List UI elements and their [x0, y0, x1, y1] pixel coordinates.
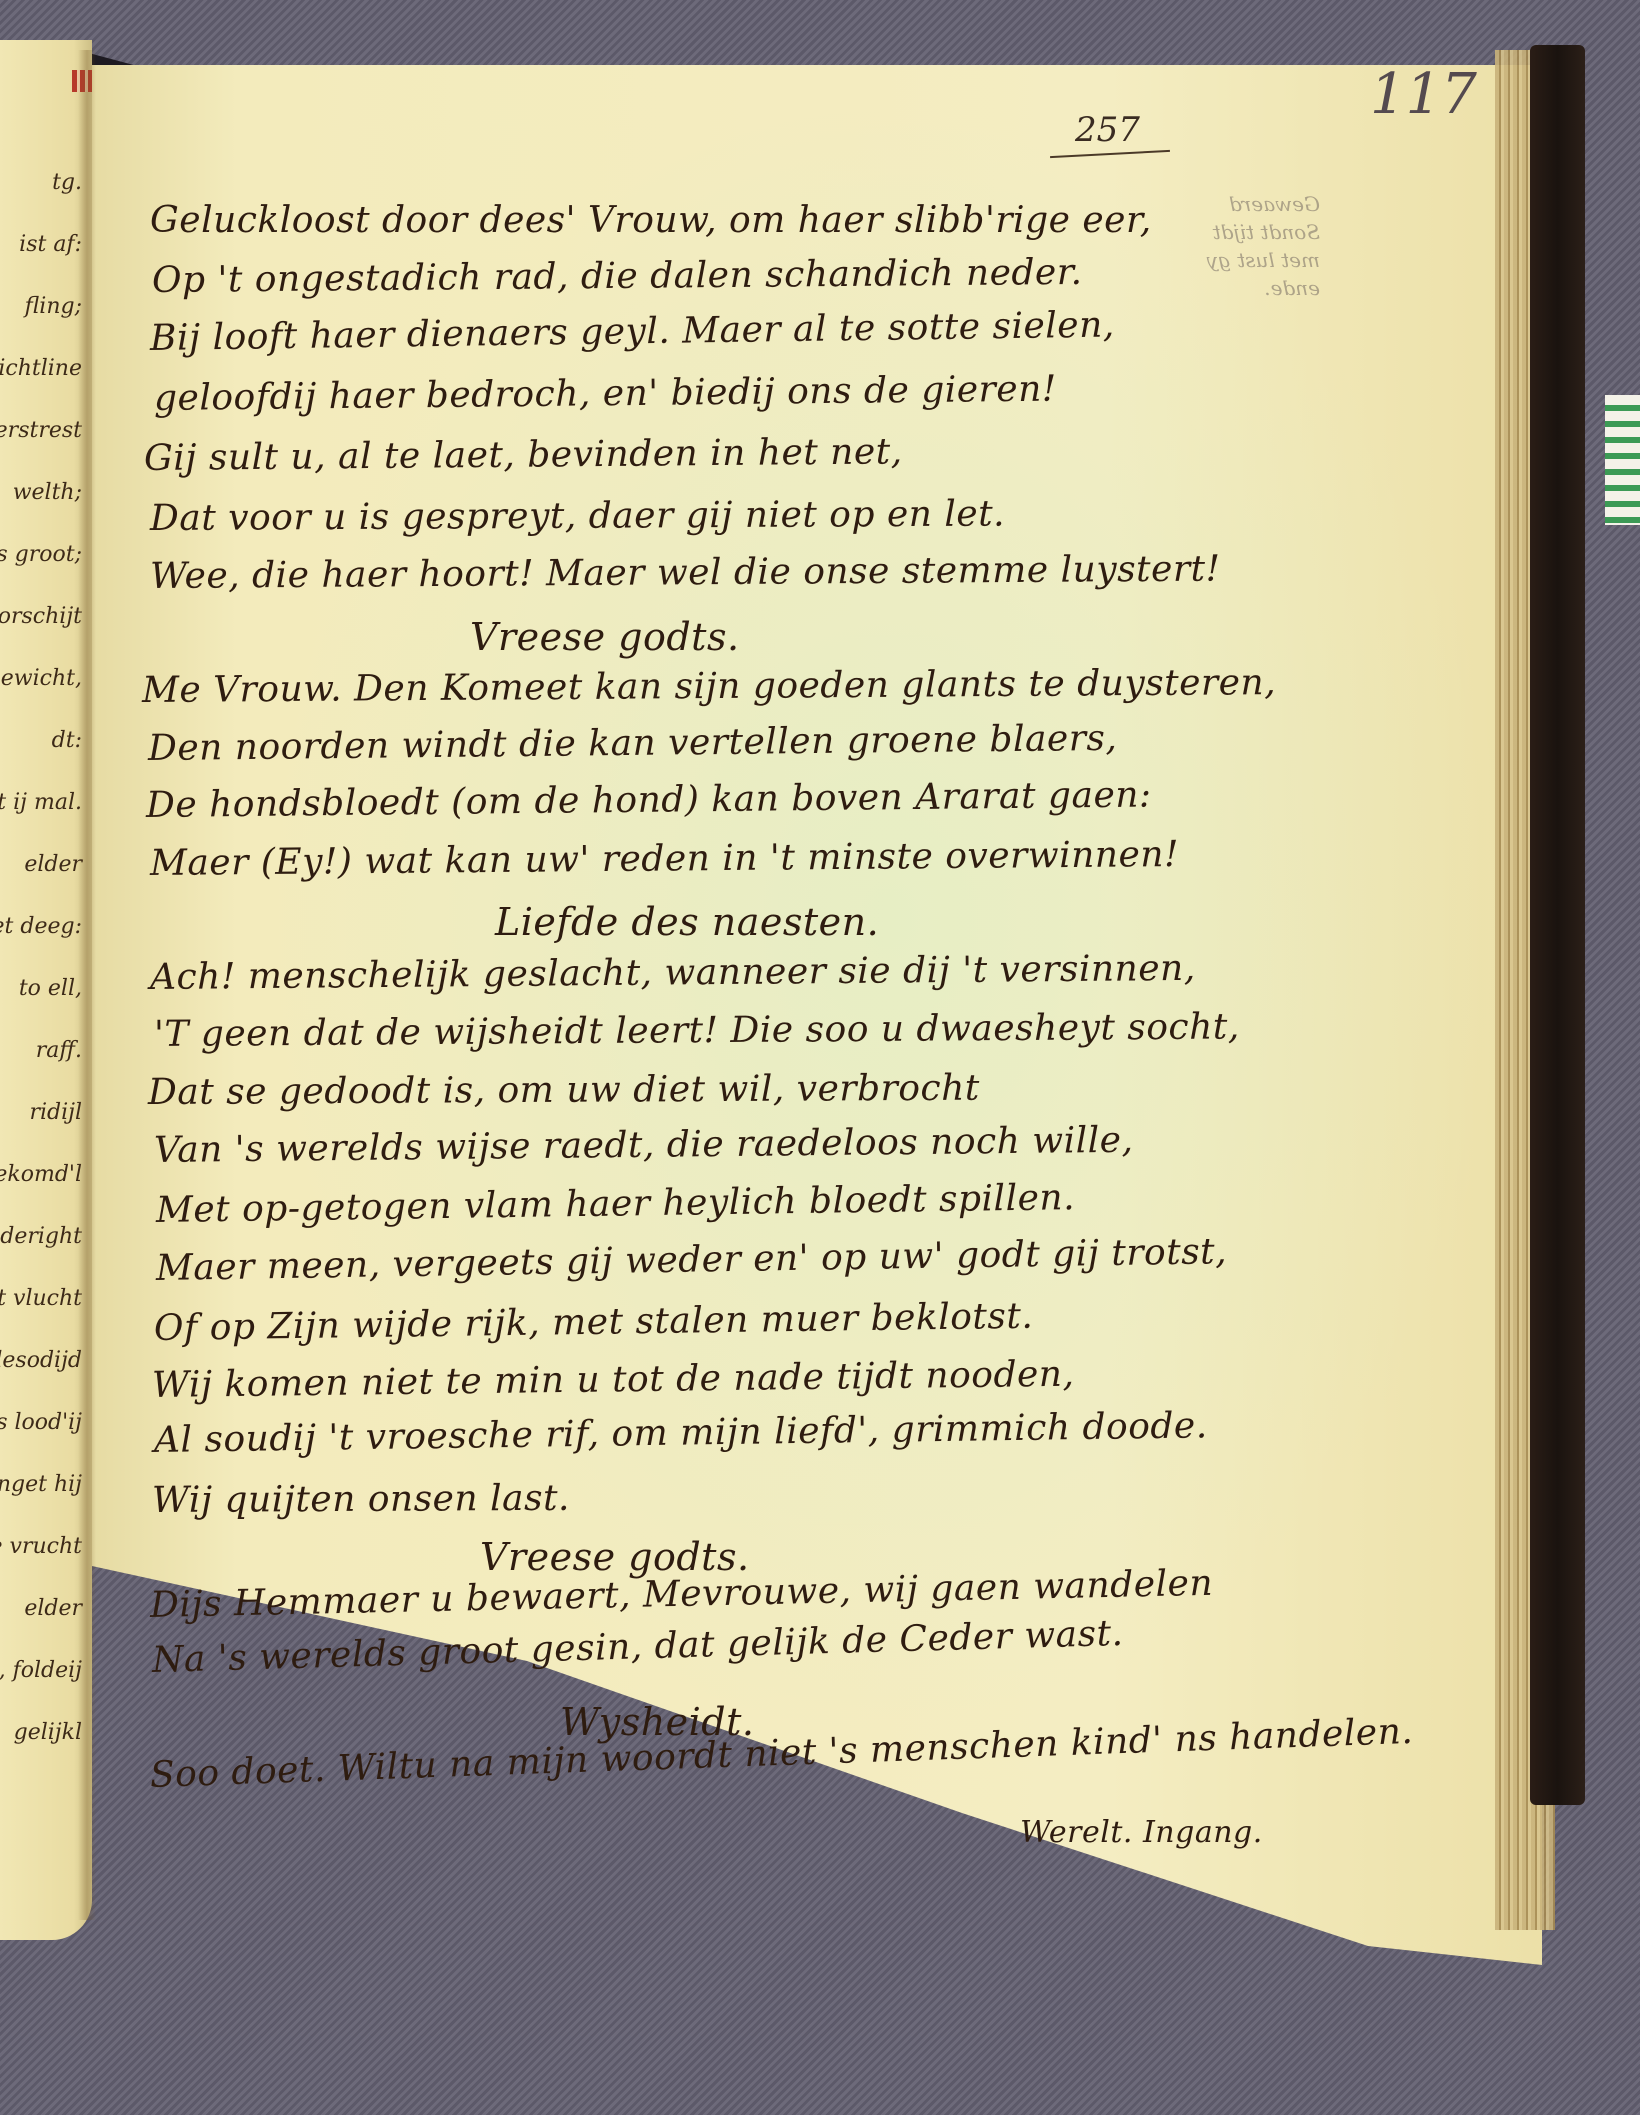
left-page-fragment: fling;	[25, 294, 82, 319]
left-page-fragment: anget hij	[0, 1472, 82, 1497]
left-page-fragment: gelijkl	[14, 1720, 82, 1745]
left-page-fragment: te vrucht	[0, 1534, 82, 1559]
left-page-fragment: lesodijd	[0, 1348, 82, 1373]
verse-line: Me Vrouw. Den Komeet kan sijn goeden gla…	[142, 662, 1276, 711]
left-page-fragment: ridijl	[29, 1100, 82, 1125]
verse-line: 'T geen dat de wijsheidt leert! Die soo …	[154, 1006, 1240, 1055]
verse-line: Geluckloost door dees' Vrouw, om haer sl…	[150, 200, 1152, 241]
page-number: 257	[1075, 110, 1140, 150]
folio-number: 117	[1370, 62, 1477, 127]
left-page-fragment: ist af:	[19, 232, 82, 257]
left-page-fragment: t vlucht	[0, 1286, 82, 1311]
book-cover-edge	[1530, 45, 1585, 1805]
left-page-fragment: s groot;	[0, 542, 82, 567]
verse-line: Wij quijten onsen last.	[152, 1478, 570, 1521]
left-page-fragment: boorschijt	[0, 604, 82, 629]
verse-line: Gij sult u, al te laet, bevinden in het …	[144, 431, 903, 479]
left-page-fragment: deright	[0, 1224, 82, 1249]
inserted-slip	[1605, 395, 1640, 525]
verse-line: Wee, die haer hoort! Maer wel die onse s…	[150, 549, 1221, 597]
bleed-through-note: Gewaerd Sondt tijdt met lust gy ende.	[1150, 190, 1320, 302]
left-page-fragment: elder	[24, 1596, 82, 1621]
left-page-fragment: raff.	[36, 1038, 82, 1063]
left-page-fragment: to ell,	[19, 976, 82, 1001]
verse-line: Dat se gedoodt is, om uw diet wil, verbr…	[148, 1068, 980, 1113]
left-page-fragment: u met deeg:	[0, 914, 82, 939]
verse-line: Dat voor u is gespreyt, daer gij niet op…	[150, 494, 1005, 539]
left-page-fragment: derstrest	[0, 418, 82, 443]
left-page-fragment: welth;	[13, 480, 82, 505]
left-page-fragment: nts lood'ij	[0, 1410, 82, 1435]
left-page-fragment: elder	[24, 852, 82, 877]
gutter-shadow	[78, 50, 96, 1920]
left-page-fragment: t bekomd'l	[0, 1162, 82, 1187]
verse-line: Op 't ongestadich rad, die dalen schandi…	[152, 252, 1083, 301]
left-page-fragment: t, foldeij	[0, 1658, 82, 1683]
section-heading: Vreese godts.	[470, 615, 740, 659]
speaker-cue: Werelt. Ingang.	[1020, 1815, 1263, 1850]
left-page-fragment: lichtline	[0, 356, 82, 381]
left-page-fragment: gewicht,	[0, 666, 82, 691]
section-heading: Liefde des naesten.	[495, 900, 879, 944]
left-page-fragment: rouwt ij mal.	[0, 790, 82, 815]
